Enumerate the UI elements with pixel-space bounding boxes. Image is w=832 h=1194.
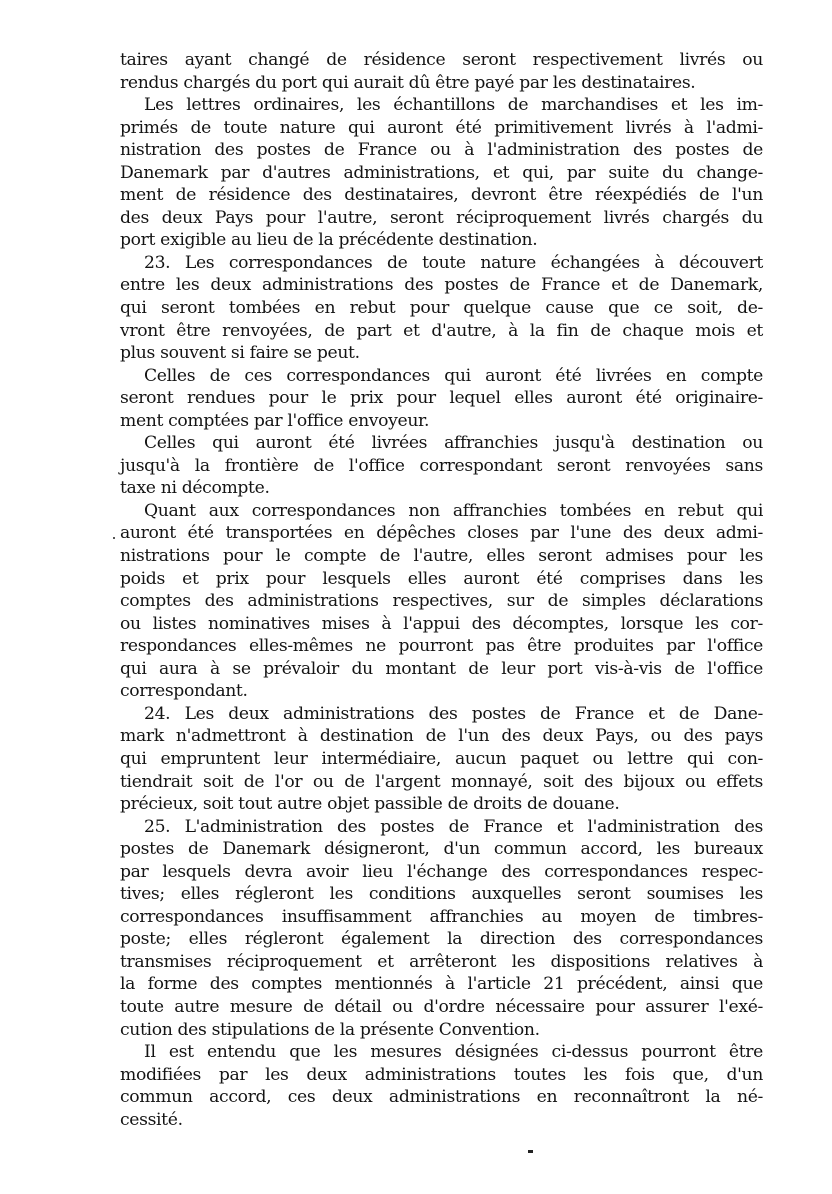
- document-page: taires ayant changé de résidence seront …: [0, 0, 832, 1194]
- text-line: port exigible au lieu de la précédente d…: [120, 229, 763, 252]
- text-line: postes de Danemark désigneront, d'un com…: [120, 838, 763, 861]
- page-mark: [528, 1150, 533, 1153]
- text-line: taxe ni décompte.: [120, 477, 763, 500]
- text-line: auront été transportées en dépêches clos…: [120, 522, 763, 545]
- text-line: vront être renvoyées, de part et d'autre…: [120, 320, 763, 343]
- text-line: ou listes nominatives mises à l'appui de…: [120, 613, 763, 636]
- paragraph-first-line: Celles qui auront été livrées affranchie…: [120, 432, 763, 455]
- text-line: toute autre mesure de détail ou d'ordre …: [120, 996, 763, 1019]
- text-line: nistration des postes de France ou à l'a…: [120, 139, 763, 162]
- body-text: taires ayant changé de résidence seront …: [120, 49, 763, 1131]
- paragraph-first-line: Les lettres ordinaires, les échantillons…: [120, 94, 763, 117]
- text-line: seront rendues pour le prix pour lequel …: [120, 387, 763, 410]
- text-line: qui seront tombées en rebut pour quelque…: [120, 297, 763, 320]
- text-line: rendus chargés du port qui aurait dû êtr…: [120, 72, 763, 95]
- paragraph-first-line: Celles de ces correspondances qui auront…: [120, 365, 763, 388]
- text-line: modifiées par les deux administrations t…: [120, 1064, 763, 1087]
- text-line: correspondant.: [120, 680, 763, 703]
- text-line: ment de résidence des destinataires, dev…: [120, 184, 763, 207]
- text-line: entre les deux administrations des poste…: [120, 274, 763, 297]
- text-line: mark n'admettront à destination de l'un …: [120, 725, 763, 748]
- text-line: des deux Pays pour l'autre, seront récip…: [120, 207, 763, 230]
- text-line: poste; elles régleront également la dire…: [120, 928, 763, 951]
- text-line: ment comptées par l'office envoyeur.: [120, 410, 763, 433]
- text-line: qui empruntent leur intermédiaire, aucun…: [120, 748, 763, 771]
- text-line: jusqu'à la frontière de l'office corresp…: [120, 455, 763, 478]
- text-line: respondances elles-mêmes ne pourront pas…: [120, 635, 763, 658]
- text-line: qui aura à se prévaloir du montant de le…: [120, 658, 763, 681]
- text-line: correspondances insuffisamment affranchi…: [120, 906, 763, 929]
- text-line: précieux, soit tout autre objet passible…: [120, 793, 763, 816]
- paragraph-first-line: 25. L'administration des postes de Franc…: [120, 816, 763, 839]
- print-speck: [113, 537, 115, 539]
- text-line: cution des stipulations de la présente C…: [120, 1019, 763, 1042]
- text-line: tiendrait soit de l'or ou de l'argent mo…: [120, 771, 763, 794]
- text-line: poids et prix pour lesquels elles auront…: [120, 568, 763, 591]
- text-line: Danemark par d'autres administrations, e…: [120, 162, 763, 185]
- paragraph-first-line: 24. Les deux administrations des postes …: [120, 703, 763, 726]
- paragraph-first-line: Quant aux correspondances non affranchie…: [120, 500, 763, 523]
- text-line: primés de toute nature qui auront été pr…: [120, 117, 763, 140]
- text-line: taires ayant changé de résidence seront …: [120, 49, 763, 72]
- text-line: plus souvent si faire se peut.: [120, 342, 763, 365]
- paragraph-first-line: Il est entendu que les mesures désignées…: [120, 1041, 763, 1064]
- paragraph-first-line: 23. Les correspondances de toute nature …: [120, 252, 763, 275]
- text-line: cessité.: [120, 1109, 763, 1132]
- text-line: commun accord, ces deux administrations …: [120, 1086, 763, 1109]
- text-line: la forme des comptes mentionnés à l'arti…: [120, 973, 763, 996]
- text-line: nistrations pour le compte de l'autre, e…: [120, 545, 763, 568]
- text-line: transmises réciproquement et arrêteront …: [120, 951, 763, 974]
- text-line: comptes des administrations respectives,…: [120, 590, 763, 613]
- text-line: par lesquels devra avoir lieu l'échange …: [120, 861, 763, 884]
- text-line: tives; elles régleront les conditions au…: [120, 883, 763, 906]
